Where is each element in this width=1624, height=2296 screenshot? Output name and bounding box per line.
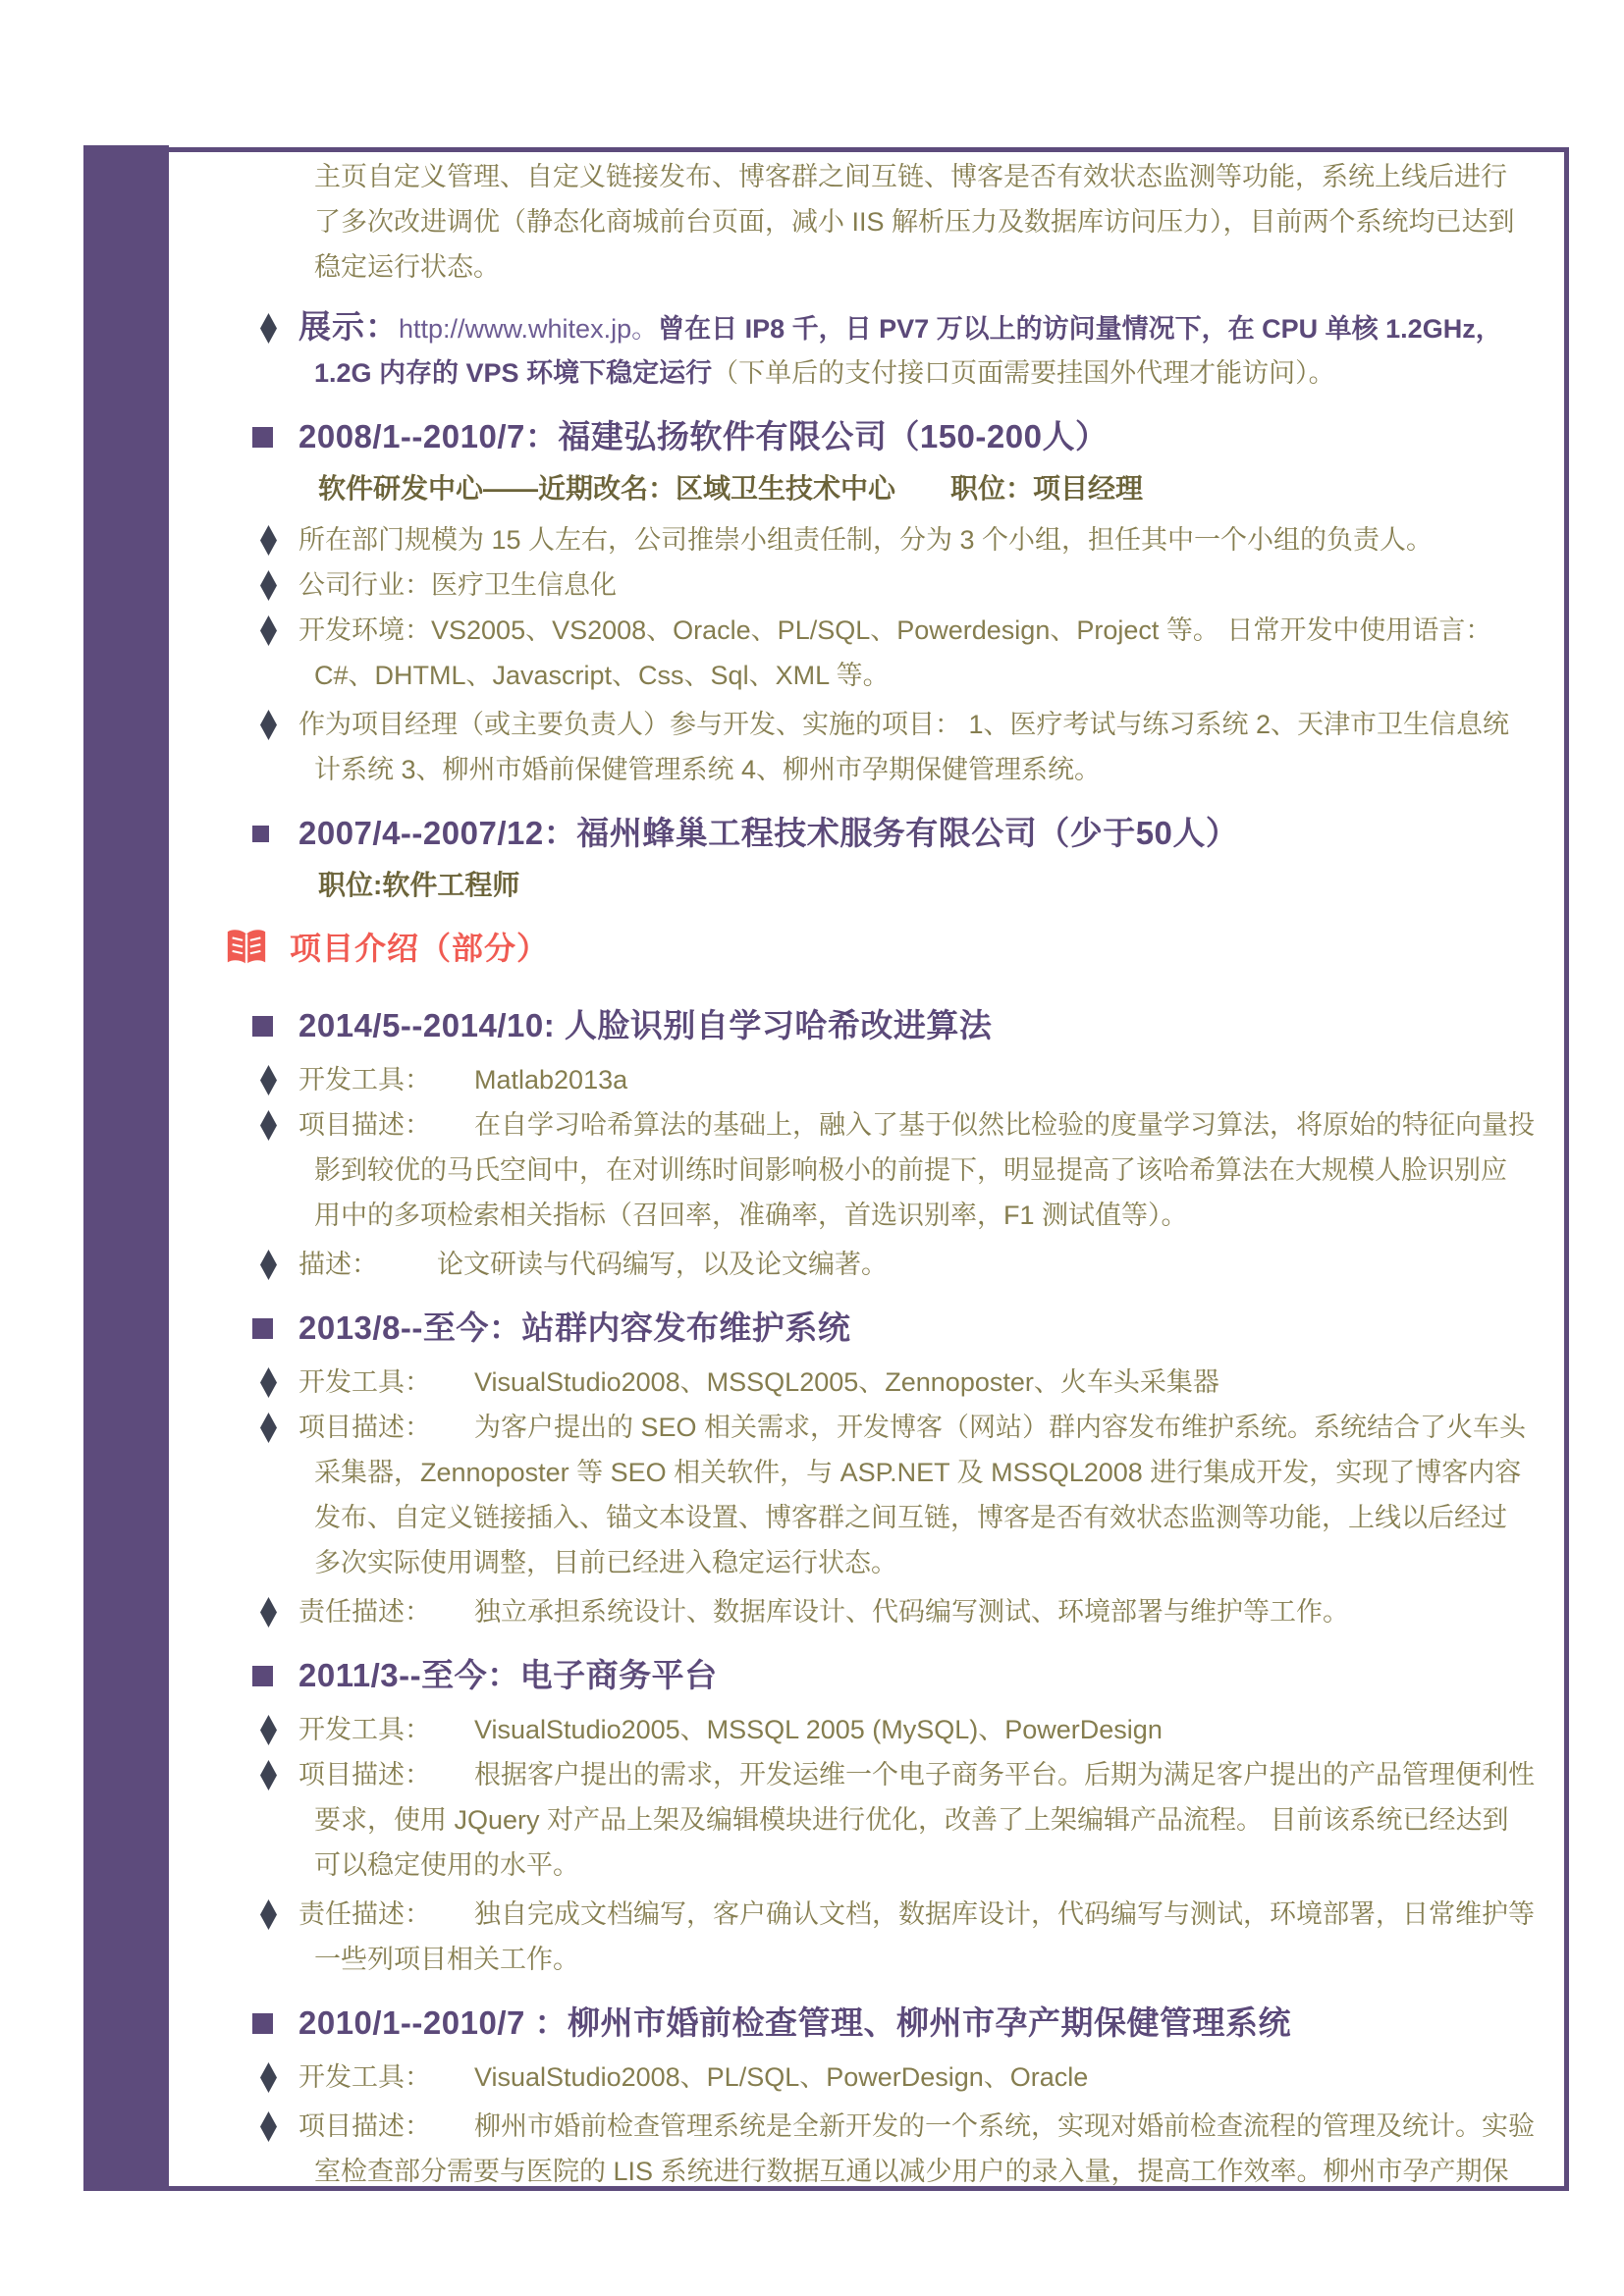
desc-label: 项目描述：	[298, 1760, 431, 1789]
bullet-item: 开发工具：VisualStudio2008、MSSQL2005、Zennopos…	[0, 1360, 1624, 1405]
proj2-title: 2013/8--至今：站群内容发布维护系统	[298, 1309, 850, 1346]
proj2-desc: 为客户提出的 SEO 相关需求，开发博客（网站）群内容发布维护系统。系统结合了火…	[474, 1413, 1526, 1442]
projects-heading-text: 项目介绍（部分）	[290, 931, 549, 966]
job1-bullet-4: 作为项目经理（或主要负责人）参与开发、实施的项目： 1、医疗考试与练习系统 2、…	[298, 710, 1509, 739]
bullet-continuation: 室检查部分需要与医院的 LIS 系统进行数据互通以减少用户的录入量，提高工作效率…	[0, 2149, 1624, 2194]
bullet-continuation: C#、DHTML、Javascript、Css、Sql、XML 等。	[0, 653, 1624, 698]
bullet-continuation: 采集器，Zennoposter 等 SEO 相关软件，与 ASP.NET 及 M…	[0, 1450, 1624, 1495]
bullet-item: 开发工具：VisualStudio2008、PL/SQL、PowerDesign…	[0, 2055, 1624, 2100]
job1-title: 2008/1--2010/7：福建弘扬软件有限公司（150-200人）	[298, 418, 1108, 454]
proj3-desc: 根据客户提出的需求，开发运维一个电子商务平台。后期为满足客户提出的产品管理便利性	[474, 1760, 1535, 1789]
diamond-bullet-icon	[260, 570, 277, 601]
bullet-item: 项目描述：根据客户提出的需求，开发运维一个电子商务平台。后期为满足客户提出的产品…	[0, 1752, 1624, 1797]
bullet-item: 项目描述：为客户提出的 SEO 相关需求，开发博客（网站）群内容发布维护系统。系…	[0, 1405, 1624, 1450]
resp-label: 责任描述：	[298, 1597, 431, 1627]
bullet-item: 描述：论文研读与代码编写，以及论文编著。	[0, 1242, 1624, 1287]
proj1-title: 2014/5--2014/10: 人脸识别自学习哈希改进算法	[298, 1007, 992, 1043]
proj4-title: 2010/1--2010/7 ：柳州市婚前检查管理、柳州市孕产期保健管理系统	[298, 2004, 1291, 2041]
paragraph-line: 稳定运行状态。	[0, 244, 1624, 290]
bullet-item: 项目描述：在自学习哈希算法的基础上，融入了基于似然比检验的度量学习算法，将原始的…	[0, 1102, 1624, 1148]
desc-label: 项目描述：	[298, 1110, 431, 1140]
diamond-bullet-icon	[260, 1899, 277, 1930]
diamond-bullet-icon	[260, 1597, 277, 1628]
bullet-continuation: 影到较优的马氏空间中，在对训练时间影响极小的前提下，明显提高了该哈希算法在大规模…	[0, 1148, 1624, 1193]
proj1-note: 论文研读与代码编写，以及论文编著。	[437, 1250, 888, 1279]
diamond-bullet-icon	[260, 1760, 277, 1790]
diamond-bullet-icon	[260, 710, 277, 740]
showcase-url-link[interactable]: http://www.whitex.jp。	[399, 314, 658, 344]
square-bullet-icon	[252, 427, 273, 448]
proj4-desc: 柳州市婚前检查管理系统是全新开发的一个系统，实现对婚前检查流程的管理及统计。实验	[474, 2111, 1535, 2141]
showcase-stats-bold: 曾在日 IP8 千，日 PV7 万以上的访问量情况下，在 CPU 单核 1.2G…	[658, 314, 1502, 344]
bullet-item: 开发工具：Matlab2013a	[0, 1057, 1624, 1102]
desc-label: 项目描述：	[298, 1413, 431, 1442]
bullet-item: 所在部门规模为 15 人左右，公司推崇小组责任制，分为 3 个小组，担任其中一个…	[0, 517, 1624, 562]
proj2-resp: 独立承担系统设计、数据库设计、代码编写测试、环境部署与维护等工作。	[474, 1597, 1349, 1627]
diamond-bullet-icon	[260, 1413, 277, 1443]
proj3-tools: VisualStudio2005、MSSQL 2005 (MySQL)、Powe…	[474, 1715, 1163, 1744]
bullet-item: 开发环境：VS2005、VS2008、Oracle、PL/SQL、Powerde…	[0, 608, 1624, 653]
resp-label: 责任描述：	[298, 1899, 431, 1929]
diamond-bullet-icon	[260, 1065, 277, 1095]
proj1-desc: 在自学习哈希算法的基础上，融入了基于似然比检验的度量学习算法，将原始的特征向量投	[474, 1110, 1535, 1140]
tools-label: 开发工具：	[298, 1715, 431, 1744]
bullet-continuation: 计系统 3、柳州市婚前保健管理系统 4、柳州市孕期保健管理系统。	[0, 747, 1624, 792]
projects-heading: 项目介绍（部分）	[0, 922, 1624, 975]
paragraph-line: 主页自定义管理、自定义链接发布、博客群之间互链、博客是否有效状态监测等功能，系统…	[0, 154, 1624, 199]
showcase-bullet: 展示：http://www.whitex.jp。曾在日 IP8 千，日 PV7 …	[0, 303, 1624, 350]
bullet-continuation: 用中的多项检索相关指标（召回率，准确率，首选识别率，F1 测试值等）。	[0, 1193, 1624, 1238]
bullet-continuation: 要求，使用 JQuery 对产品上架及编辑模块进行优化，改善了上架编辑产品流程。…	[0, 1797, 1624, 1842]
square-bullet-icon	[252, 826, 269, 842]
proj4-tools: VisualStudio2008、PL/SQL、PowerDesign、Orac…	[474, 2062, 1088, 2092]
section-header-proj-2011: 2011/3--至今：电子商务平台	[0, 1648, 1624, 1703]
square-bullet-icon	[252, 1318, 273, 1339]
job1-bullet-1: 所在部门规模为 15 人左右，公司推崇小组责任制，分为 3 个小组，担任其中一个…	[298, 525, 1433, 555]
diamond-bullet-icon	[260, 615, 277, 646]
job2-subtitle: 职位:软件工程师	[0, 861, 1624, 910]
showcase-note: （下单后的支付接口页面需要挂国外代理才能访问）。	[712, 358, 1335, 388]
showcase-stats-bold-2: 1.2G 内存的 VPS 环境下稳定运行	[314, 358, 712, 388]
bullet-continuation: 多次实际使用调整，目前已经进入稳定运行状态。	[0, 1540, 1624, 1585]
showcase-label: 展示：	[298, 308, 399, 345]
page-border-top	[169, 147, 1569, 152]
job1-subtitle: 软件研发中心——近期改名：区域卫生技术中心 职位：项目经理	[0, 464, 1624, 513]
diamond-bullet-icon	[260, 1367, 277, 1398]
diamond-bullet-icon	[260, 1715, 277, 1745]
bullet-continuation: 一些列项目相关工作。	[0, 1937, 1624, 1982]
bullet-continuation: 可以稳定使用的水平。	[0, 1842, 1624, 1888]
job1-bullet-2: 公司行业：医疗卫生信息化	[298, 570, 617, 600]
showcase-line-2: 1.2G 内存的 VPS 环境下稳定运行（下单后的支付接口页面需要挂国外代理才能…	[0, 350, 1624, 396]
tools-label: 开发工具：	[298, 1367, 431, 1397]
section-header-proj-2010: 2010/1--2010/7 ：柳州市婚前检查管理、柳州市孕产期保健管理系统	[0, 1996, 1624, 2051]
paragraph-line: 了多次改进调优（静态化商城前台页面，减小 IIS 解析压力及数据库访问压力），目…	[0, 199, 1624, 244]
proj3-title: 2011/3--至今：电子商务平台	[298, 1657, 718, 1693]
tools-label: 开发工具：	[298, 1065, 431, 1095]
bullet-item: 责任描述：独立承担系统设计、数据库设计、代码编写测试、环境部署与维护等工作。	[0, 1589, 1624, 1634]
job1-bullet-3: 开发环境：VS2005、VS2008、Oracle、PL/SQL、Powerde…	[298, 615, 1491, 645]
proj3-resp: 独自完成文档编写，客户确认文档，数据库设计，代码编写与测试，环境部署，日常维护等	[474, 1899, 1535, 1929]
proj1-tools: Matlab2013a	[474, 1065, 627, 1095]
bullet-item: 作为项目经理（或主要负责人）参与开发、实施的项目： 1、医疗考试与练习系统 2、…	[0, 702, 1624, 747]
bullet-item: 开发工具：VisualStudio2005、MSSQL 2005 (MySQL)…	[0, 1707, 1624, 1752]
diamond-bullet-icon	[260, 2111, 277, 2142]
bullet-continuation: 发布、自定义链接插入、锚文本设置、博客群之间互链，博客是否有效状态监测等功能，上…	[0, 1495, 1624, 1540]
diamond-bullet-icon	[260, 313, 277, 344]
section-header-job-2007: 2007/4--2007/12：福州蜂巢工程技术服务有限公司（少于50人）	[0, 806, 1624, 861]
diamond-bullet-icon	[260, 1250, 277, 1280]
bullet-item: 公司行业：医疗卫生信息化	[0, 562, 1624, 608]
open-book-icon	[224, 926, 269, 971]
section-header-job-2008: 2008/1--2010/7：福建弘扬软件有限公司（150-200人）	[0, 409, 1624, 464]
proj2-tools: VisualStudio2008、MSSQL2005、Zennoposter、火…	[474, 1367, 1219, 1397]
diamond-bullet-icon	[260, 2062, 277, 2093]
bullet-item: 项目描述：柳州市婚前检查管理系统是全新开发的一个系统，实现对婚前检查流程的管理及…	[0, 2104, 1624, 2149]
page-content: 主页自定义管理、自定义链接发布、博客群之间互链、博客是否有效状态监测等功能，系统…	[0, 154, 1624, 2194]
square-bullet-icon	[252, 1016, 273, 1037]
bullet-item: 责任描述：独自完成文档编写，客户确认文档，数据库设计，代码编写与测试，环境部署，…	[0, 1892, 1624, 1937]
note-label: 描述：	[298, 1250, 378, 1279]
section-header-proj-2014: 2014/5--2014/10: 人脸识别自学习哈希改进算法	[0, 998, 1624, 1053]
tools-label: 开发工具：	[298, 2062, 431, 2092]
job2-title: 2007/4--2007/12：福州蜂巢工程技术服务有限公司（少于50人）	[298, 815, 1238, 851]
square-bullet-icon	[252, 2013, 273, 2034]
desc-label: 项目描述：	[298, 2111, 431, 2141]
square-bullet-icon	[252, 1666, 273, 1686]
diamond-bullet-icon	[260, 1110, 277, 1141]
section-header-proj-2013: 2013/8--至今：站群内容发布维护系统	[0, 1301, 1624, 1356]
diamond-bullet-icon	[260, 525, 277, 556]
resume-page: 主页自定义管理、自定义链接发布、博客群之间互链、博客是否有效状态监测等功能，系统…	[0, 0, 1624, 2296]
